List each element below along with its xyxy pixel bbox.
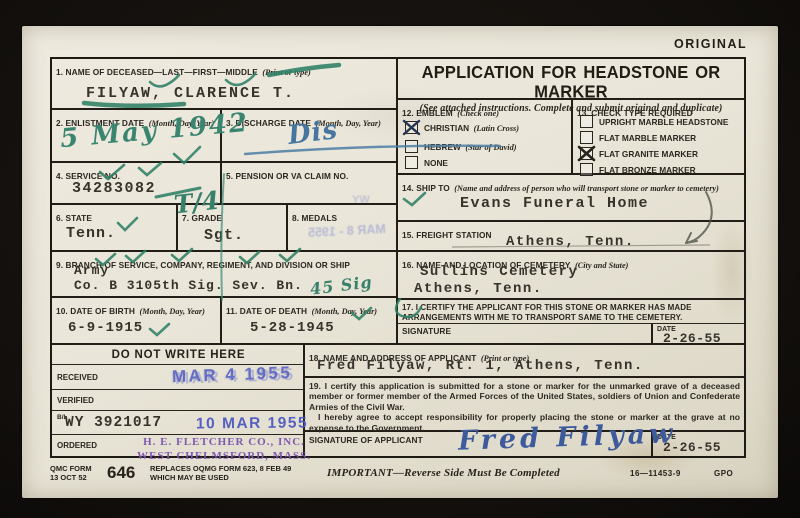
field-label: 10. DATE OF BIRTH [56,306,135,316]
service-no-value: 34283082 [72,180,156,197]
office-use-block: DO NOT WRITE HERE RECEIVED VERIFIED B/L … [52,345,305,456]
checkbox-christian [405,121,418,134]
verified-row: VERIFIED [52,390,305,411]
field-label: 1. NAME OF DECEASED—LAST—FIRST—MIDDLE [56,67,258,77]
gpo-label: GPO [714,469,733,478]
important-note: IMPORTANT—Reverse Side Must Be Completed [327,467,560,479]
emblem-option-christian: CHRISTIAN (Latin Cross) [405,118,519,136]
field-freight-station: 15. FREIGHT STATION Athens, Tenn. [398,222,744,252]
option-note: (Latin Cross) [474,124,519,133]
field-service-no: 4. SERVICE NO. 34283082 [52,163,222,205]
do-not-write-here-header: DO NOT WRITE HERE [52,345,305,365]
replaces-line1: REPLACES OQMG FORM 623, 8 FEB 49 [150,464,291,473]
branch-value-line1: Army [74,263,109,278]
applicant-signature-cell: SIGNATURE OF APPLICANT [305,432,653,456]
death-date-value: 5-28-1945 [250,320,335,336]
field-branch-of-service: 9. BRANCH OF SERVICE, COMPANY, REGIMENT,… [52,252,398,298]
certification-text: 17. I CERTIFY THE APPLICANT FOR THIS STO… [398,300,744,324]
type-option-flat-marble: FLAT MARBLE MARKER [580,131,696,144]
field-applicant-certification: 19. I certify this application is submit… [305,378,744,432]
replaces-note: REPLACES OQMG FORM 623, 8 FEB 49 WHICH M… [150,464,291,482]
freight-station-value: Athens, Tenn. [506,234,635,250]
field-ship-to: 14. SHIP TO (Name and address of person … [398,175,744,222]
field-label-note: (Name and address of person who will tra… [454,184,719,193]
option-label: HEBREW [424,142,461,152]
field-pension-claim-no: 5. PENSION OR VA CLAIM NO. [222,163,398,205]
applicant-date-value: 2-26-55 [663,440,721,455]
type-option-upright-marble: UPRIGHT MARBLE HEADSTONE [580,115,728,128]
field-label-note: (Month, Day, Year) [315,119,380,128]
field-cemetery: 16. NAME AND LOCATION OF CEMETERY (City … [398,252,744,300]
field-medals: 8. MEDALS [288,205,398,252]
option-note: (Star of David) [465,143,516,152]
emblem-option-hebrew: HEBREW (Star of David) [405,137,517,155]
print-code: 16—11453-9 [630,469,681,478]
applicant-value: Fred Filyaw, Rt. 1, Athens, Tenn. [317,358,644,374]
field-label: 15. FREIGHT STATION [402,230,492,240]
transporter-signature-cell: SIGNATURE [398,324,653,345]
cemetery-location-value: Athens, Tenn. [414,281,543,297]
field-state: 6. STATE Tenn. [52,205,178,252]
applicant-date-cell: DATE 2-26-55 [653,432,744,456]
bl-number-value: WY 3921017 [65,415,162,431]
field-label: 11. DATE OF DEATH [226,306,307,316]
birth-date-value: 6-9-1915 [68,320,143,336]
checkbox-flat-marble [580,131,593,144]
field-discharge-date: 3. DISCHARGE DATE (Month, Day, Year) [222,110,398,163]
option-label: FLAT GRANITE MARKER [599,149,698,159]
field-label: 5. PENSION OR VA CLAIM NO. [226,171,348,181]
ordered-row: ORDERED [52,435,305,456]
form-code-line2: 13 OCT 52 [50,473,92,482]
option-label: CHRISTIAN [424,123,469,133]
received-label: RECEIVED [57,373,98,382]
field-name-of-deceased: 1. NAME OF DECEASED—LAST—FIRST—MIDDLE (P… [52,59,398,110]
transporter-date-cell: DATE 2-26-55 [653,324,744,345]
field-label: 8. MEDALS [292,213,337,223]
field-label: 7. GRADE [182,213,222,223]
field-label-note: (Check one) [457,109,499,118]
field-label-note: (City and State) [575,261,628,270]
form-title-block: APPLICATION FOR HEADSTONE OR MARKER (See… [398,59,744,100]
copy-designation-label: ORIGINAL [674,37,747,51]
option-label: FLAT MARBLE MARKER [599,133,696,143]
grade-value: Sgt. [204,227,244,244]
field-label-note: (Month, Day, Year) [312,307,377,316]
field-enlistment-date: 2. ENLISTMENT DATE (Month, Day, Year) [52,110,222,163]
deceased-name-value: FILYAW, CLARENCE T. [86,85,295,102]
bill-of-lading-row: B/L WY 3921017 [52,411,305,435]
replaces-line2: WHICH MAY BE USED [150,473,291,482]
handwritten-x-mark [402,118,422,137]
form-number: 646 [107,463,135,483]
transport-date-value: 2-26-55 [663,331,721,346]
state-value: Tenn. [66,225,116,242]
option-label: FLAT BRONZE MARKER [599,165,696,175]
form-title: APPLICATION FOR HEADSTONE OR MARKER [398,63,744,103]
field-label: 2. ENLISTMENT DATE [56,118,144,128]
field-label: 14. SHIP TO [402,183,450,193]
type-option-flat-granite: FLAT GRANITE MARKER [580,147,698,160]
field-grade: 7. GRADE Sgt. [178,205,288,252]
branch-value-line2: Co. B 3105th Sig. Sev. Bn. [74,278,303,293]
form-code-line1: QMC FORM [50,464,92,473]
field-label-note: (Month, Day, Year) [149,119,214,128]
certification-paragraph-1: 19. I certify this application is submit… [309,381,740,412]
field-label: 3. DISCHARGE DATE [226,118,311,128]
checkbox-none [405,156,418,169]
field-check-type-required: 13. CHECK TYPE REQUIRED UPRIGHT MARBLE H… [573,100,744,175]
verified-label: VERIFIED [57,396,94,405]
checkbox-flat-granite [580,147,593,160]
checkbox-upright-marble [580,115,593,128]
option-label: UPRIGHT MARBLE HEADSTONE [599,117,728,127]
checkbox-hebrew [405,140,418,153]
field-date-of-death: 11. DATE OF DEATH (Month, Day, Year) 5-2… [222,298,398,345]
option-label: NONE [424,158,448,168]
field-label-note: (Month, Day, Year) [139,307,204,316]
field-label: 12. EMBLEM [402,108,453,118]
headstone-application-form: 1. NAME OF DECEASED—LAST—FIRST—MIDDLE (P… [50,57,746,458]
field-label-note: (Print or type) [262,68,310,77]
field-transport-certification: 17. I CERTIFY THE APPLICANT FOR THIS STO… [398,300,744,345]
certification-paragraph-2: I hereby agree to accept responsibility … [309,412,740,433]
cemetery-name-value: Sullins Cemetery [420,264,578,280]
signature-of-applicant-label: SIGNATURE OF APPLICANT [309,436,423,446]
form-code-block: QMC FORM 13 OCT 52 [50,464,92,482]
ordered-label: ORDERED [57,441,97,450]
received-row: RECEIVED [52,365,305,390]
field-applicant-name-address: 18. NAME AND ADDRESS OF APPLICANT (Print… [305,345,744,378]
emblem-option-none: NONE [405,156,448,169]
ship-to-value: Evans Funeral Home [460,195,649,212]
field-date-of-birth: 10. DATE OF BIRTH (Month, Day, Year) 6-9… [52,298,222,345]
field-label: 6. STATE [56,213,92,223]
signature-label: SIGNATURE [402,327,451,337]
scanned-form-paper: ORIGINAL 1. NAME OF DECEASED—LAST—FIRST—… [22,26,778,498]
field-emblem: 12. EMBLEM (Check one) CHRISTIAN (Latin … [398,100,573,175]
